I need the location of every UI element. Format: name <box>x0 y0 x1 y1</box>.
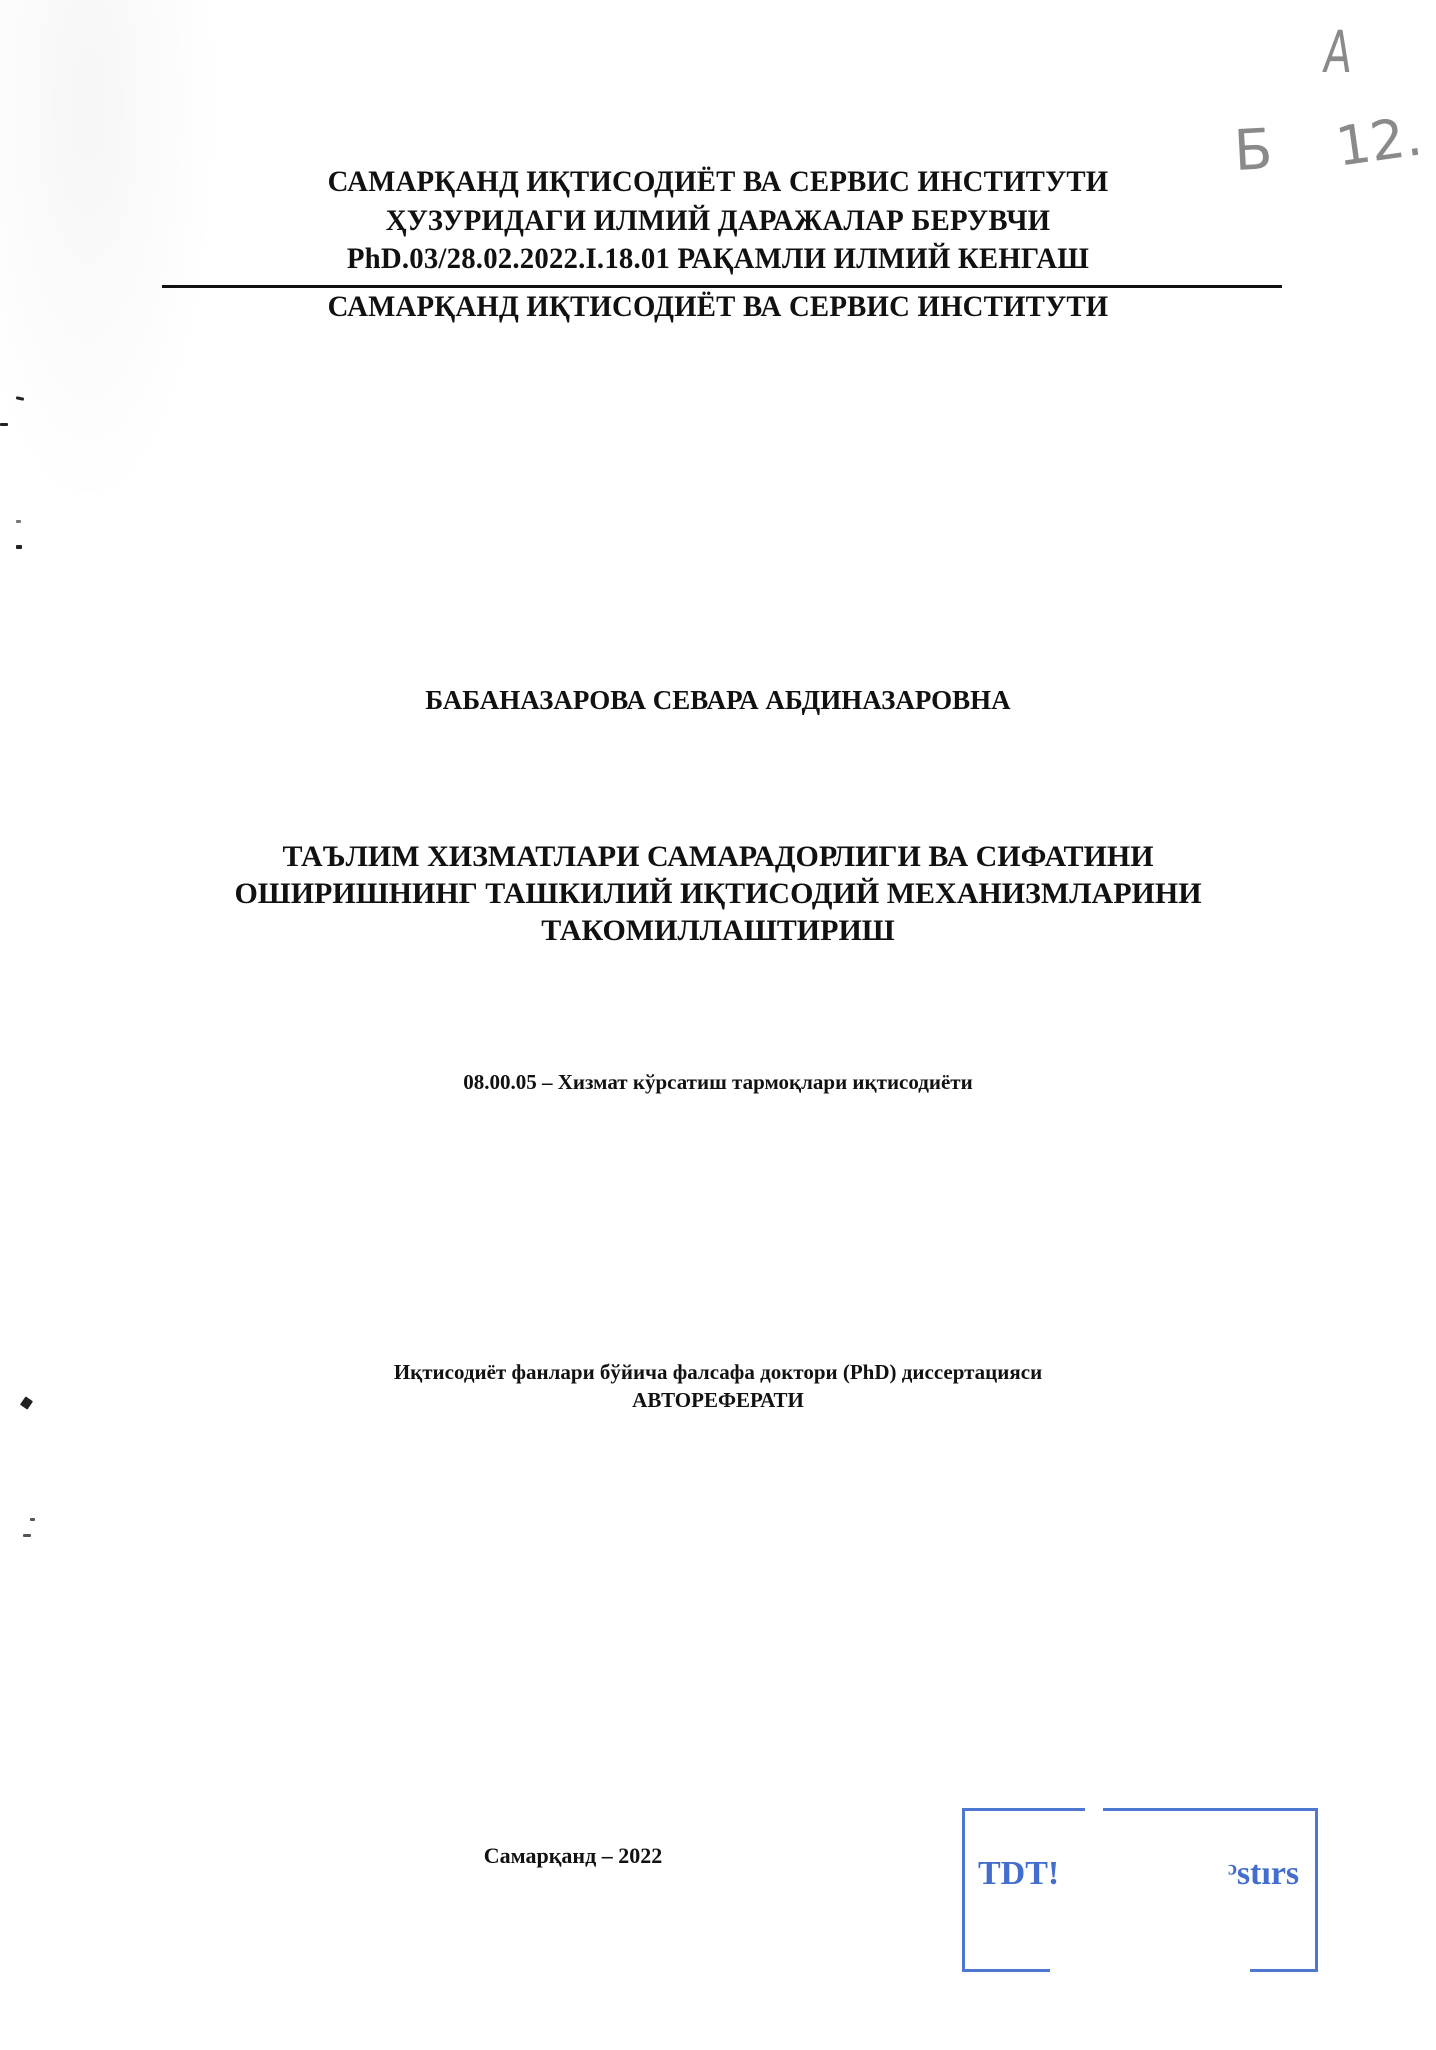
margin-mark <box>16 520 21 523</box>
title-line-2: ОШИРИШНИНГ ТАШКИЛИЙ ИҚТИСОДИЙ МЕХАНИЗМЛА… <box>0 877 1436 911</box>
stamp-gap <box>1050 1964 1250 1972</box>
margin-mark <box>0 423 8 426</box>
header-divider <box>162 285 1282 288</box>
specialty-code: 08.00.05 – Хизмат кўрсатиш тармоқлари иқ… <box>0 1070 1436 1095</box>
margin-mark <box>16 545 22 549</box>
stamp-gap <box>1085 1806 1103 1814</box>
stamp-text-left: TDT! <box>978 1855 1059 1893</box>
handwritten-note-top: А <box>1320 18 1355 86</box>
degree-line-2: АВТОРЕФЕРАТИ <box>0 1388 1436 1413</box>
council-line-3: PhD.03/28.02.2022.I.18.01 РАҚАМЛИ ИЛМИЙ … <box>29 242 1408 276</box>
title-line-1: ТАЪЛИМ ХИЗМАТЛАРИ САМАРАДОРЛИГИ ВА СИФАТ… <box>0 840 1436 874</box>
degree-line-1: Иқтисодиёт фанлари бўйича фалсафа доктор… <box>0 1360 1436 1385</box>
author-name: БАБАНАЗАРОВА СЕВАРА АБДИНАЗАРОВНА <box>0 685 1436 716</box>
council-line-1: САМАРҚАНД ИҚТИСОДИЁТ ВА СЕРВИС ИНСТИТУТИ <box>29 165 1408 199</box>
margin-mark <box>30 1518 35 1521</box>
council-line-2: ҲУЗУРИДАГИ ИЛМИЙ ДАРАЖАЛАР БЕРУВЧИ <box>29 204 1408 238</box>
stamp-text-right: ᵓstırs <box>1228 1855 1299 1893</box>
margin-mark <box>23 1534 31 1537</box>
institute-name: САМАРҚАНД ИҚТИСОДИЁТ ВА СЕРВИС ИНСТИТУТИ <box>29 290 1408 324</box>
title-line-3: ТАКОМИЛЛАШТИРИШ <box>0 914 1436 948</box>
